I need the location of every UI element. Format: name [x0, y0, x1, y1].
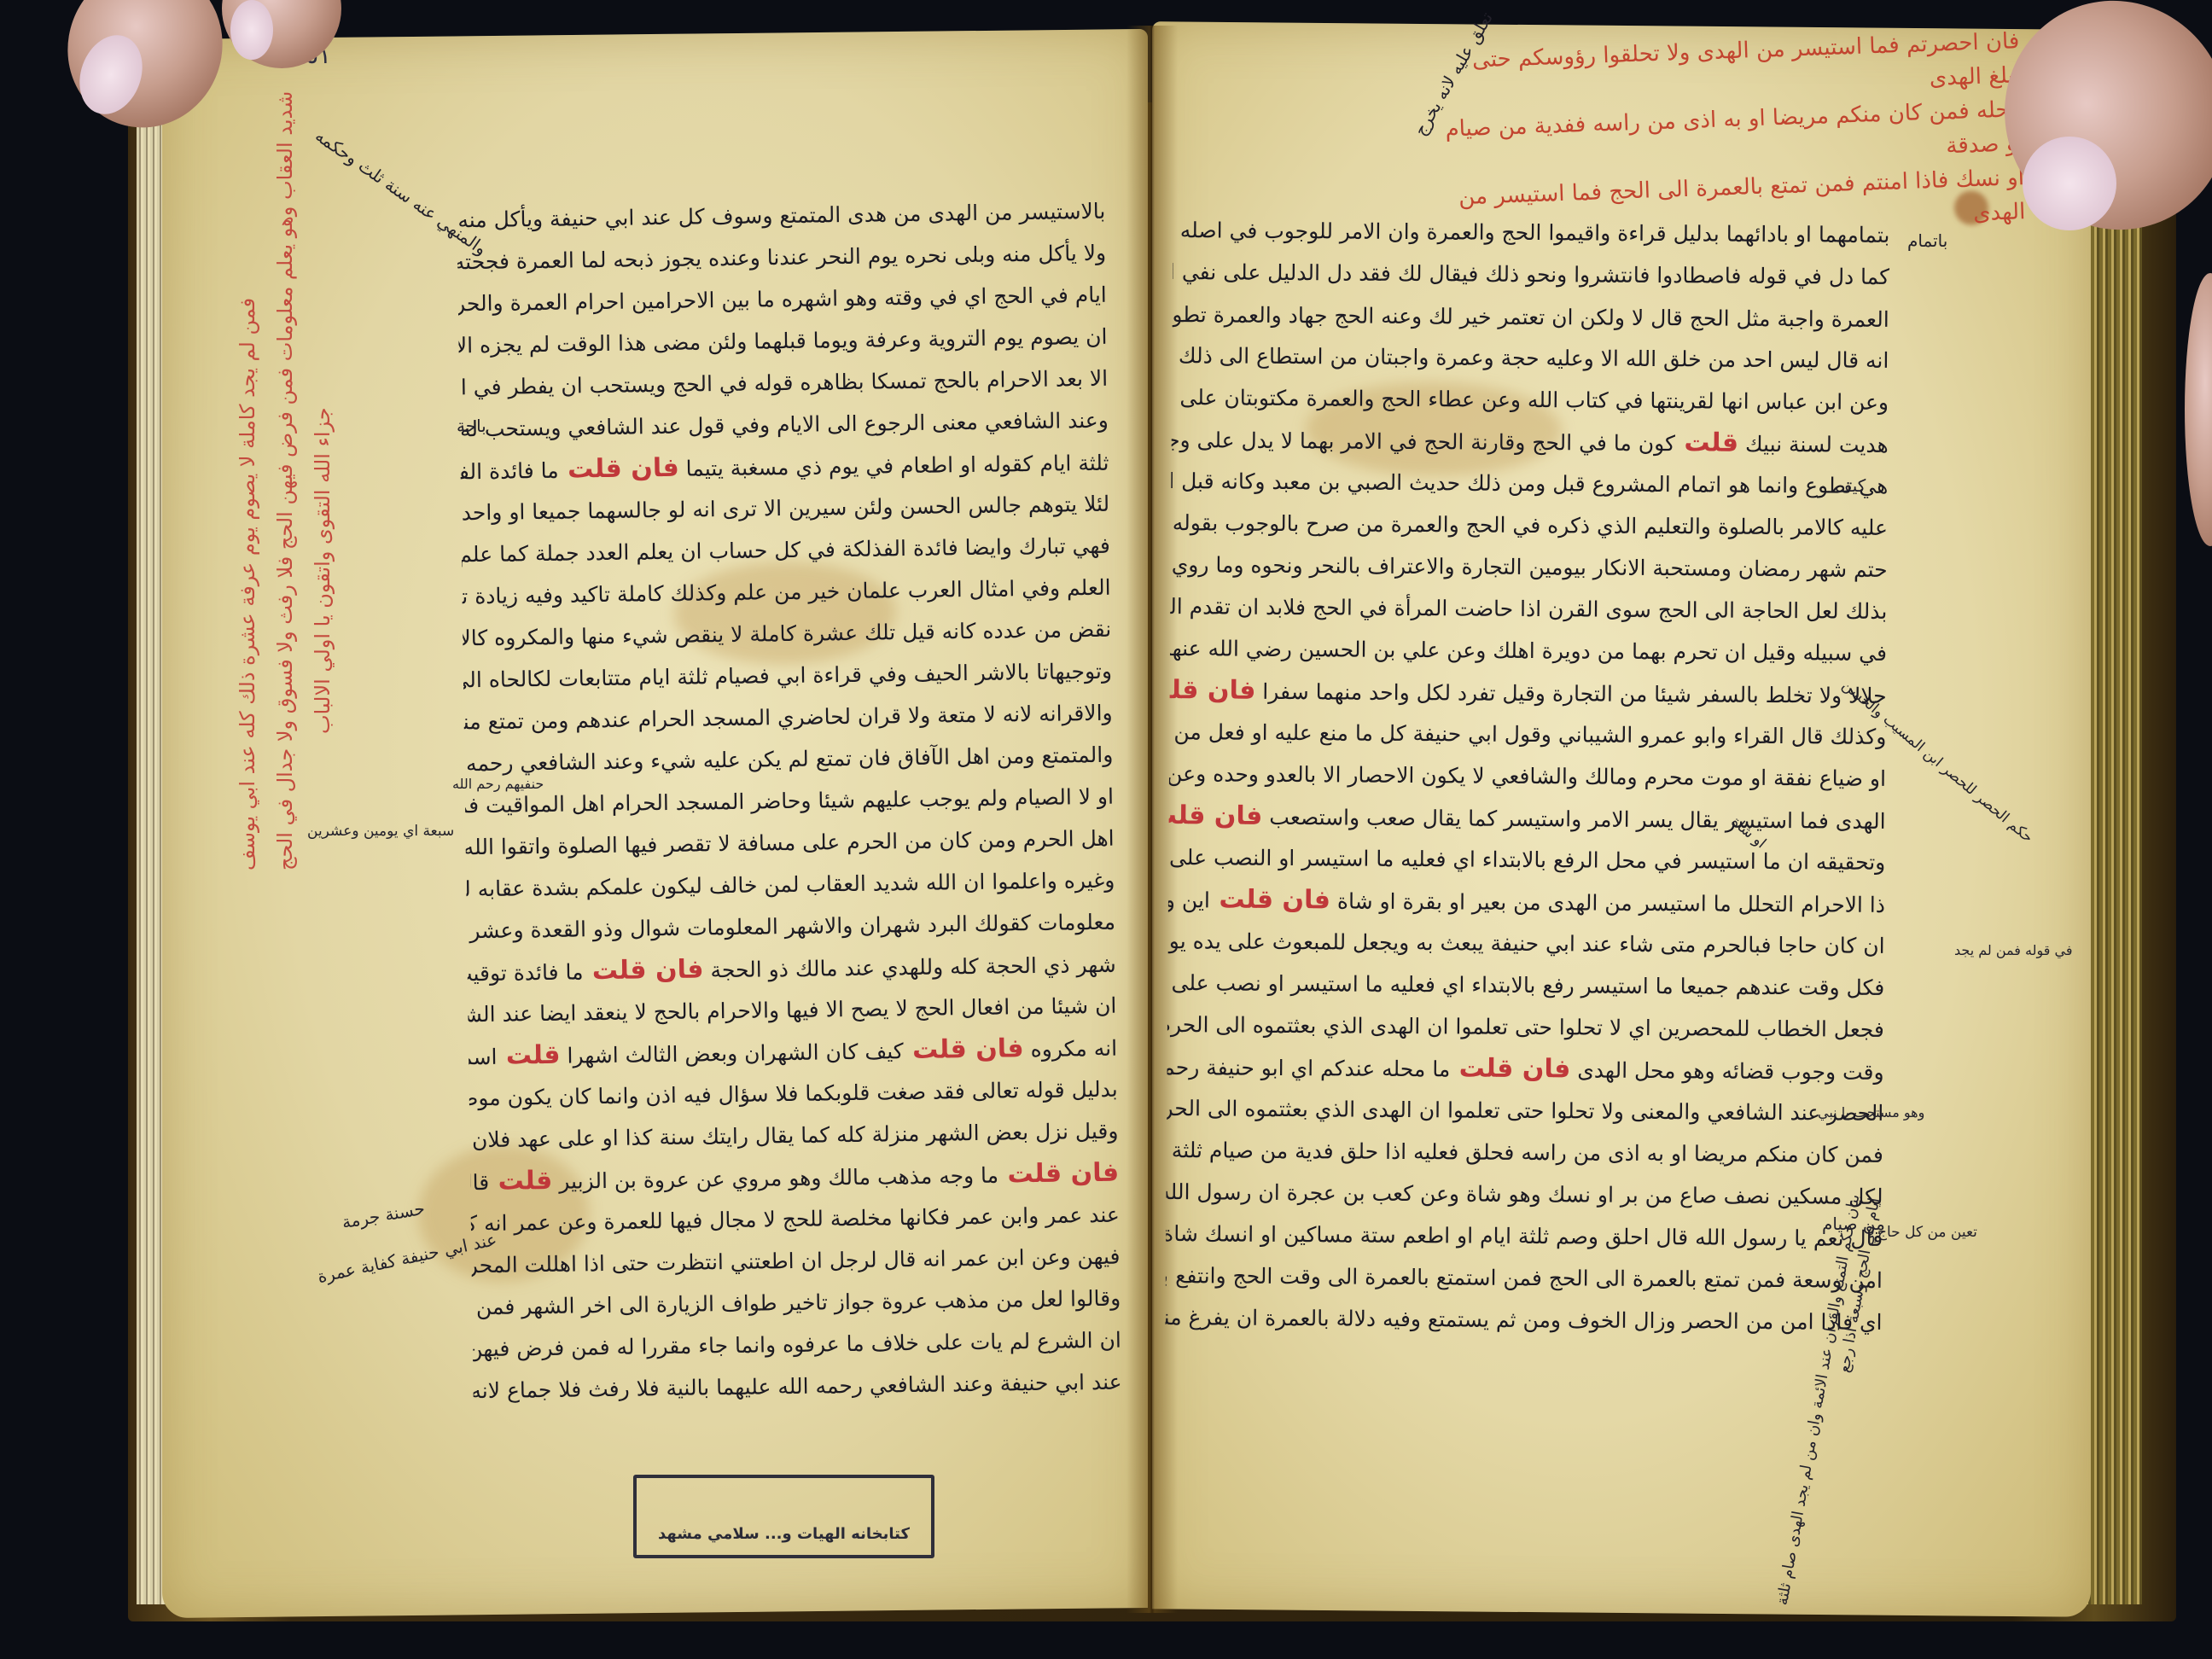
line-text: لكل مسكين نصف صاع من بر او نسك وهو شاة و…: [1166, 1177, 1883, 1209]
library-stamp: کتابخانه الهيات و... سلامي مشهد: [633, 1475, 934, 1558]
manuscript-line: وعن ابن عباس انها لقرينتها في كتاب الله …: [1172, 376, 1889, 423]
line-text: ثلثة ايام كقوله او اطعام في يوم ذي مسغبة…: [679, 451, 1109, 481]
manuscript-line: حلالا ولا تخلط بالسفر شيئا من التجارة وق…: [1170, 669, 1887, 716]
line-text: وتحقيقه ان ما استيسر في محل الرفع بالابت…: [1168, 842, 1885, 874]
line-text: فهي تبارك وايضا فائدة الفذلكة في كل حساب…: [462, 533, 1110, 571]
line-text: فكل وقت عندهم جميعا ما استيسر رفع بالابت…: [1167, 968, 1884, 1000]
line-text: بدليل قوله تعالى فقد صغت قلوبكما فلا سؤا…: [469, 1077, 1117, 1115]
line-text: لئلا يتوهم جالس الحسن ولئن سيرين الا ترى…: [461, 492, 1109, 527]
red-margin-note-2: شديد العقاب وهو يعلم معلومات فمن فرض فيه…: [266, 91, 304, 870]
red-margin-note-3: جزاء الله التقوى واتقون يا اولي الالباب: [304, 407, 341, 734]
line-text: الهدى فما استيسر يقال يسر الامر واستيسر …: [1262, 805, 1885, 834]
line-text: فيهن وعن ابن عمر انه قال لرجل ان اطعتني …: [471, 1244, 1120, 1284]
line-text: ما فائدة توقيت الحج بهذه الاشهر: [467, 959, 583, 988]
line-text: حلالا ولا تخلط بالسفر شيئا من التجارة وق…: [1255, 679, 1886, 708]
line-text: وعند الشافعي معنى الرجوع الى الايام وفي …: [460, 408, 1109, 443]
manuscript-line: فكل وقت عندهم جميعا ما استيسر رفع بالابت…: [1167, 962, 1884, 1009]
line-text: بتمامهما او بادائهما بدليل قراءة واقيموا…: [1173, 216, 1889, 247]
rubric-red: فان قلت: [1168, 800, 1262, 831]
rubric-red: قلت: [1675, 428, 1738, 458]
line-text: هي تطوع وانما هو اتمام المشروع قبل ومن ذ…: [1171, 468, 1888, 498]
line-text: بالاستيسر من الهدى من هدى المتمتع وسوف ك…: [457, 199, 1105, 237]
line-text: ذا الاحرام التحلل ما استيسر من الهدى من …: [1330, 888, 1885, 917]
line-text: وتوجيهاتا بالاشر الحيف وفي قراءة ابي فصي…: [463, 659, 1112, 696]
left-page-main-text: بالاستيسر من الهدى من هدى المتمتع وسوف ك…: [457, 190, 1122, 1412]
thumbnail: [2023, 137, 2116, 230]
line-text: ان يصوم يوم التروية وعرفة ويوما قبلهما و…: [458, 324, 1107, 363]
margin-note: سبعة اي يومين وعشرين: [307, 819, 454, 843]
manuscript-line: في سبيله وقيل ان تحرم بهما من دويرة اهلك…: [1170, 627, 1887, 674]
manuscript-line: وتحقيقه ان ما استيسر في محل الرفع بالابت…: [1168, 836, 1885, 883]
finger-right-edge: [2185, 273, 2212, 546]
line-text: العلم وفي امثال العرب علمان خير من علم و…: [462, 575, 1110, 611]
line-text: والاقرانه لانه لا متعة ولا قران لحاضري ا…: [463, 701, 1112, 739]
rubric-red: فان قلت: [1170, 675, 1256, 706]
line-text: والمتمتع ومن اهل الآفاق فان تمتع لم يكن …: [464, 742, 1113, 781]
line-text: في سبيله وقيل ان تحرم بهما من دويرة اهلك…: [1170, 634, 1887, 666]
line-text: ولا يأكل منه وبلى نحره يوم النحر عندنا و…: [457, 241, 1106, 279]
rubric-red: قلت: [489, 1166, 553, 1196]
line-text: انه مكروه: [1024, 1036, 1118, 1062]
manuscript-line: ذا الاحرام التحلل ما استيسر من الهدى من …: [1168, 878, 1885, 925]
manuscript-line: امن وسعة فمن تمتع بالعمرة الى الحج فمن ا…: [1166, 1254, 1883, 1301]
manuscript-line: الحصر عند الشافعي والمعنى ولا تحلوا حتى …: [1167, 1087, 1883, 1134]
line-text: معلومات كقولك البرد شهران والاشهر المعلو…: [467, 910, 1115, 948]
line-text: فجعل الخطاب للمحصرين اي لا تحلوا حتى تعل…: [1167, 1009, 1884, 1042]
line-text: وقالوا لعل من مذهب عروة جواز تاخير طواف …: [472, 1286, 1121, 1325]
red-margin-note-1: فمن لم يجد كاملة لا يصوم يوم عرفة عشرة ذ…: [229, 298, 266, 870]
manuscript-line: هي تطوع وانما هو اتمام المشروع قبل ومن ذ…: [1171, 460, 1888, 507]
line-text: اسم الجمع يشترك فيه ما وراء الواحد: [469, 1045, 498, 1074]
rubric-red: فان قلت: [558, 453, 679, 485]
manuscript-line: قال نعم يا رسول الله قال احلق وصم ثلثة ا…: [1166, 1213, 1883, 1260]
manuscript-line: بذلك لعل الحاجة الى الحج سوى القرن اذا ح…: [1170, 585, 1887, 632]
line-text: فمن كان منكم مريضا او به اذى من راسه فحل…: [1167, 1136, 1883, 1167]
line-text: بذلك لعل الحاجة الى الحج سوى القرن اذا ح…: [1170, 593, 1887, 624]
rubric-red: فان قلت: [1210, 884, 1330, 915]
line-text: نقض من عدده كانه قيل تلك عشرة كاملة لا ي…: [463, 617, 1111, 651]
margin-note: باحة: [457, 414, 486, 438]
margin-note: في قوله فمن لم يجد: [1954, 939, 2072, 963]
manuscript-photo: ٥١ بالاستيسر من الهدى من هدى المتمتع وسو…: [0, 0, 2212, 1659]
line-text: انه قال ليس احد من خلق الله الا وعليه حج…: [1172, 341, 1889, 373]
manuscript-line: الهدى فما استيسر يقال يسر الامر واستيسر …: [1168, 795, 1885, 841]
rubric-red: قلت: [497, 1040, 561, 1071]
manuscript-line: انه قال ليس احد من خلق الله الا وعليه حج…: [1172, 335, 1889, 381]
line-text: كيف كان الشهران وبعض الثالث اشهرا: [560, 1039, 904, 1068]
manuscript-line: حتم شهر رمضان ومستحبة الانكار بيومين الت…: [1171, 544, 1888, 591]
line-text: كما دل في قوله فاصطادوا فانتشروا ونحو ذل…: [1173, 257, 1889, 289]
line-text: وقت وجوب قضائه وهو محل الهدى: [1570, 1057, 1883, 1085]
line-text: امن وسعة فمن تمتع بالعمرة الى الحج فمن ا…: [1166, 1261, 1883, 1293]
line-text: العمرة واجبة مثل الحج قال لا ولكن ان تعت…: [1173, 302, 1889, 332]
line-text: او لا الصيام ولم يوجب عليهم شيئا وحاضر ا…: [465, 784, 1114, 822]
line-text: عند ابي حنيفة وعند الشافعي رحمه الله علي…: [473, 1370, 1121, 1409]
line-text: وغيره واعلموا ان الله شديد العقاب لمن خا…: [466, 868, 1115, 906]
manuscript-line: العمرة واجبة مثل الحج قال لا ولكن ان تعت…: [1173, 293, 1889, 340]
page-stack-right-edge: [2082, 128, 2142, 1604]
manuscript-line: فمن كان منكم مريضا او به اذى من راسه فحل…: [1167, 1129, 1883, 1176]
line-text: ما محله عندكم اي ابو حنيفة رحمه الله: [1167, 1055, 1450, 1082]
manuscript-line: وكذلك قال القراء وابو عمرو الشيباني وقول…: [1169, 711, 1886, 758]
line-text: ما وجه مذهب مالك وهو مروي عن عروة بن الز…: [552, 1163, 998, 1194]
line-text: عند عمر وابن عمر فكانها مخلصة للحج لا مج…: [471, 1202, 1120, 1242]
line-text: شهر ذي الحجة كله وللهدي عند مالك ذو الحج…: [703, 952, 1116, 983]
line-text: او ضياع نفقة او موت محرم ومالك والشافعي …: [1169, 760, 1886, 791]
margin-note: حنفيهم رحم الله: [452, 772, 544, 796]
manuscript-line: وقت وجوب قضائه وهو محل الهدى فان قلت ما …: [1167, 1045, 1883, 1092]
fingernail: [230, 0, 273, 60]
line-text: قالوا وجه ان العمرة غير مستحبة فيها: [470, 1170, 490, 1199]
manuscript-line: فجعل الخطاب للمحصرين اي لا تحلوا حتى تعل…: [1167, 1004, 1884, 1051]
manuscript-line: بتمامهما او بادائهما بدليل قراءة واقيموا…: [1173, 209, 1889, 256]
manuscript-line: كما دل في قوله فاصطادوا فانتشروا ونحو ذل…: [1173, 251, 1889, 298]
manuscript-line: لكل مسكين نصف صاع من بر او نسك وهو شاة و…: [1166, 1171, 1883, 1218]
manuscript-line: عليه كالامر بالصلوة والتعليم الذي ذكره ف…: [1171, 502, 1888, 549]
line-text: ما فائدة الفذلكة: [460, 458, 559, 485]
line-text: قال نعم يا رسول الله قال احلق وصم ثلثة ا…: [1166, 1219, 1883, 1251]
line-text: الحصر عند الشافعي والمعنى ولا تحلوا حتى …: [1167, 1094, 1883, 1126]
line-text: اي فاذا امن من الحصر وزال الخوف ومن ثم ي…: [1165, 1301, 1882, 1335]
manuscript-line: اي فاذا امن من الحصر وزال الخوف ومن ثم ي…: [1165, 1296, 1882, 1343]
manuscript-line: ان كان حاجا فبالحرم متى شاء عند ابي حنيف…: [1167, 920, 1884, 967]
line-text: اين ومتى ينحر هدى المحصر: [1168, 886, 1210, 912]
line-text: كون ما في الحج وقارنة الحج في الامر بهما…: [1172, 428, 1676, 456]
line-text: الا بعد الاحرام بالحج تمسكا بظاهره قوله …: [459, 366, 1108, 402]
line-text: وكذلك قال القراء وابو عمرو الشيباني وقول…: [1169, 717, 1886, 748]
line-text: هديت لسنة نبيك: [1738, 432, 1889, 457]
manuscript-line: هديت لسنة نبيك قلت كون ما في الحج وقارنة…: [1172, 418, 1889, 465]
rubric-red: فان قلت: [583, 954, 704, 986]
margin-note: باتمام: [1907, 229, 1947, 253]
rubric-red: فان قلت: [903, 1033, 1024, 1065]
line-text: حتم شهر رمضان ومستحبة الانكار بيومين الت…: [1171, 550, 1888, 582]
rubric-red: فان قلت: [1450, 1053, 1570, 1084]
right-page-main-text: بتمامهما او بادائهما بدليل قراءة واقيموا…: [1165, 209, 1889, 1343]
line-text: وعن ابن عباس انها لقرينتها في كتاب الله …: [1172, 383, 1889, 415]
margin-note: تعين من كل حاج: [1877, 1220, 1977, 1244]
margin-note: كيف: [1835, 474, 1866, 498]
library-stamp-text: کتابخانه الهيات و... سلامي مشهد: [637, 1525, 931, 1543]
line-text: ان شيئا من افعال الحج لا يصح الا فيها وا…: [468, 993, 1116, 1032]
line-text: عليه كالامر بالصلوة والتعليم الذي ذكره ف…: [1171, 509, 1888, 540]
rubric-red: فان قلت: [998, 1158, 1120, 1190]
manuscript-line: او ضياع نفقة او موت محرم ومالك والشافعي …: [1169, 753, 1886, 800]
margin-note: وهو مستحب يا نبي: [1818, 1101, 1924, 1125]
line-text: ان كان حاجا فبالحرم متى شاء عند ابي حنيف…: [1167, 926, 1884, 958]
